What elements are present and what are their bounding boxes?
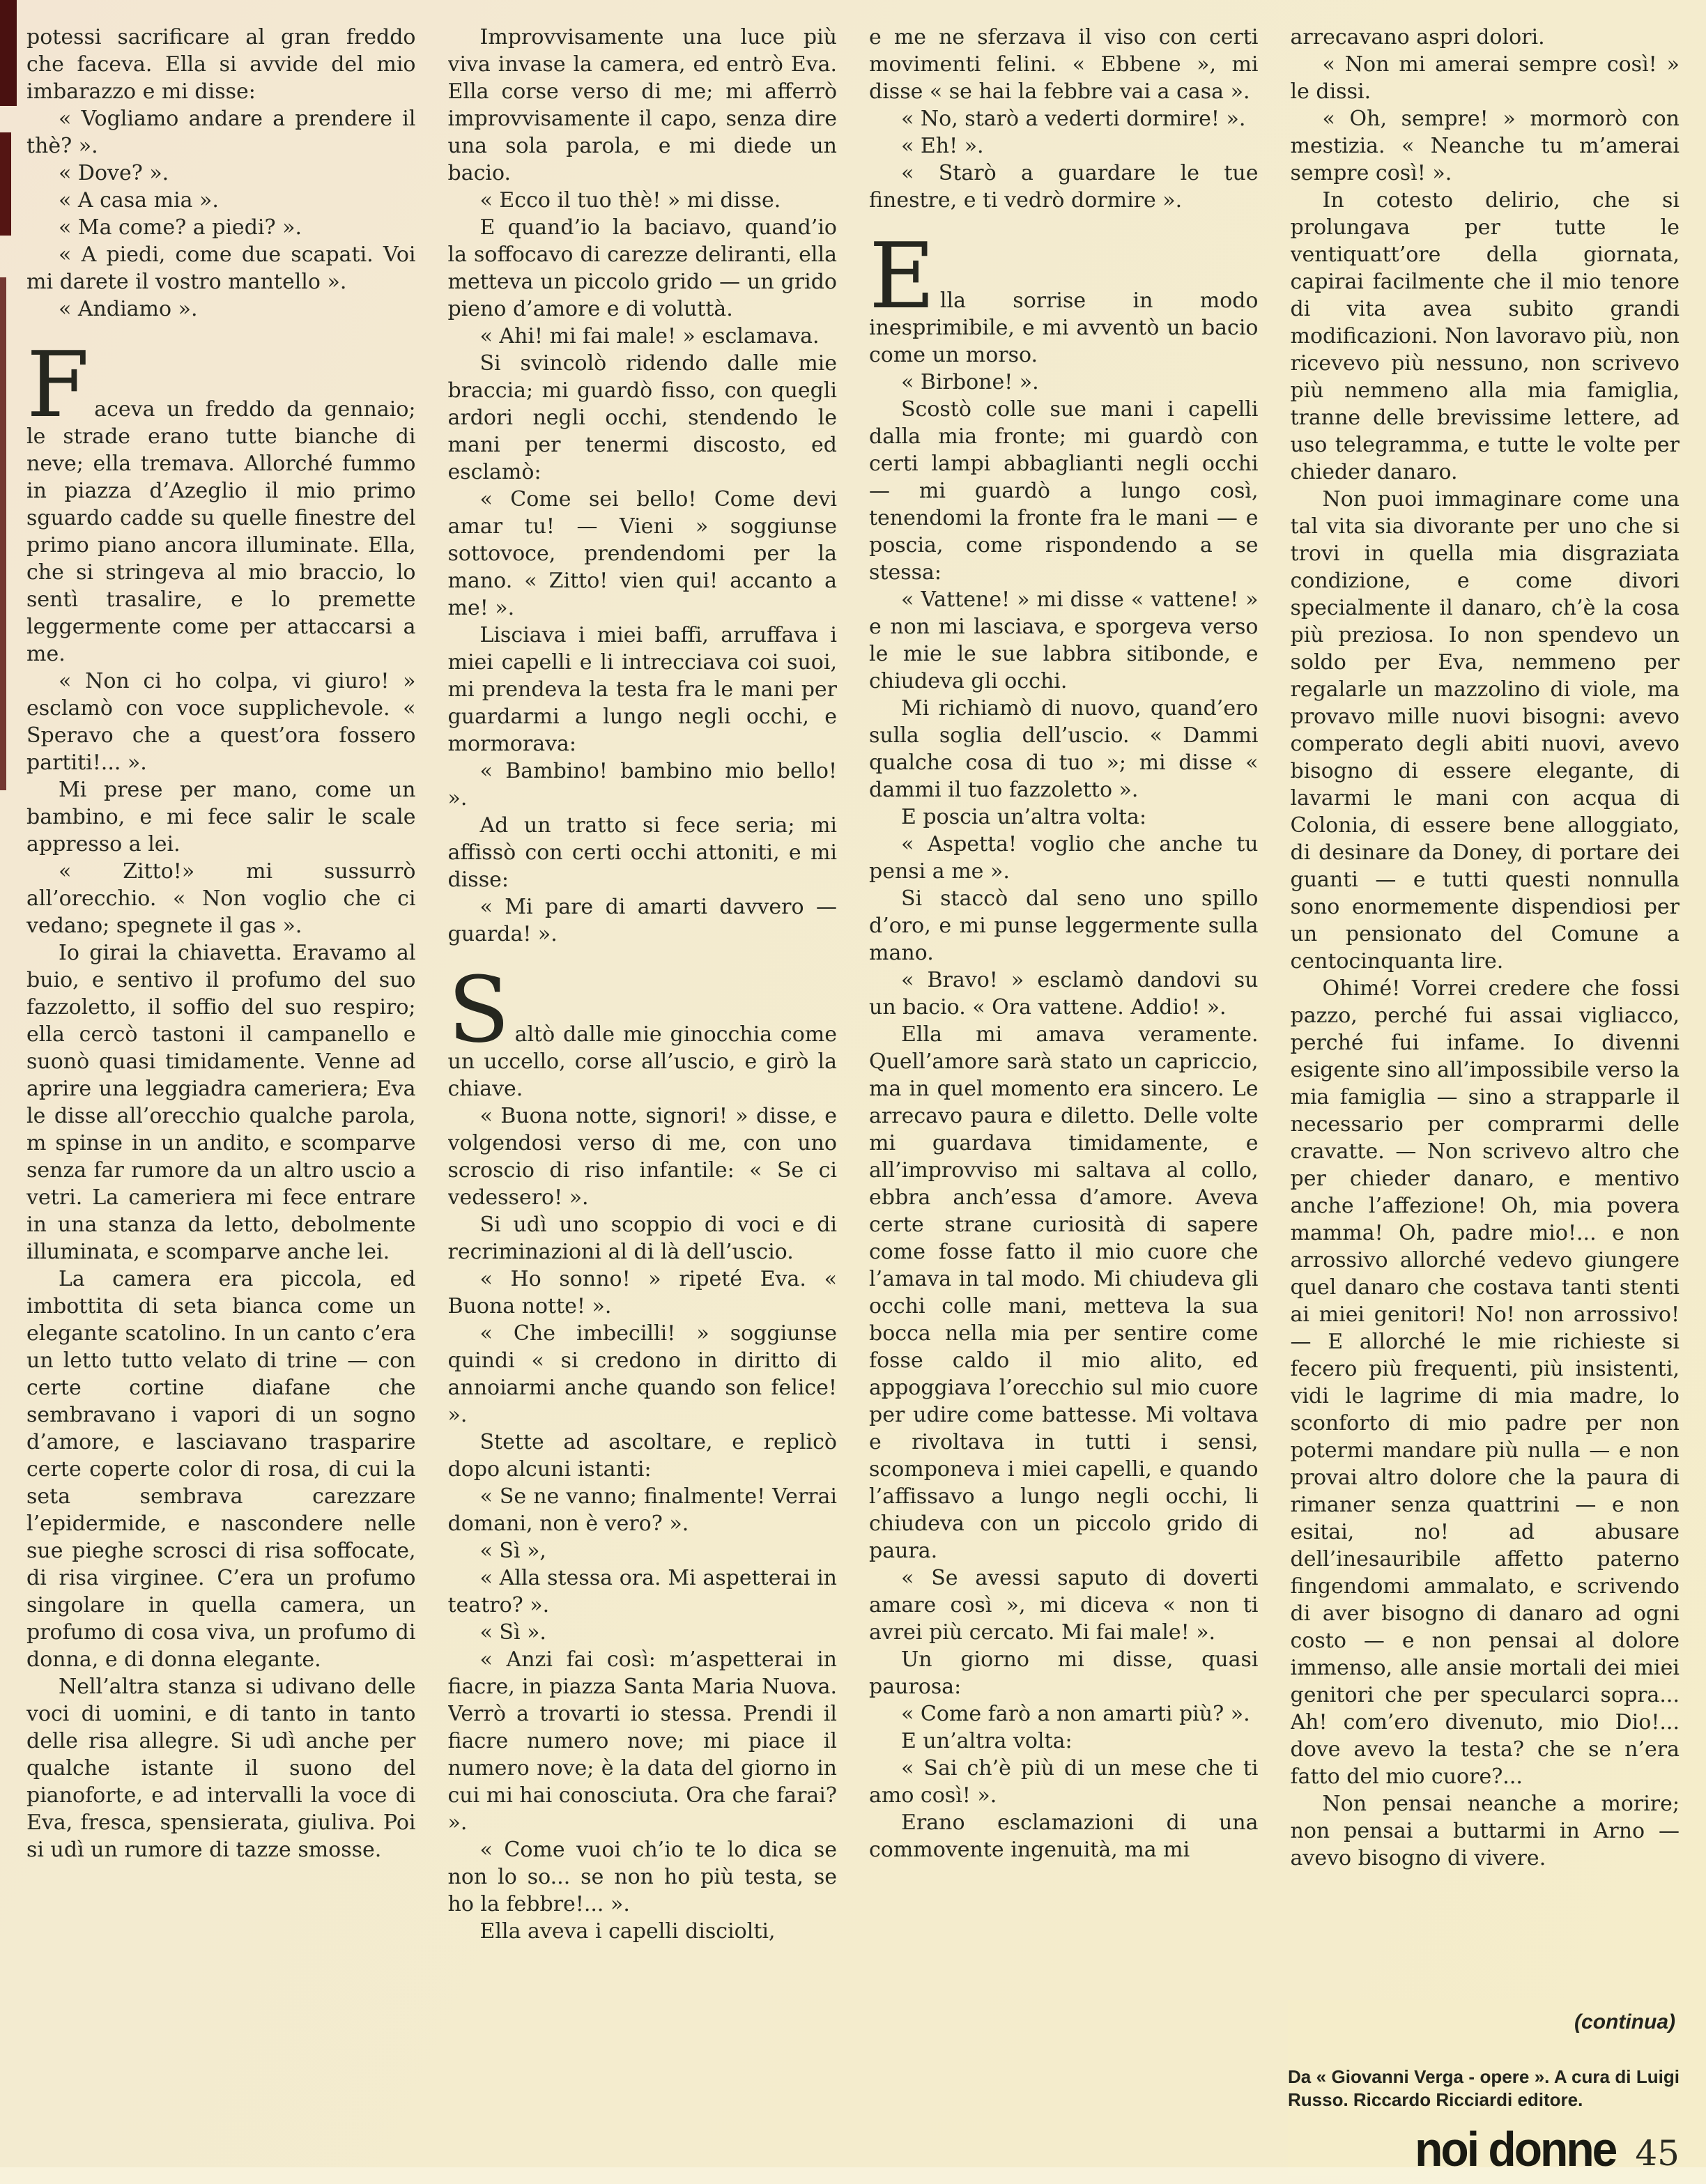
paragraph: Un giorno mi disse, quasi paurosa: [869,1646,1259,1700]
paragraph: Non pensai neanche a morire; non pensai … [1291,1790,1680,1872]
paragraph: « Se avessi saputo di doverti amare così… [869,1564,1259,1646]
paragraph: Lisciava i miei baffi, arruffava i miei … [448,622,838,758]
paragraph: potessi sacrificare al gran freddo che f… [26,24,416,105]
paragraph: « Vattene! » mi disse « vattene! » e non… [869,586,1259,695]
magazine-page: potessi sacrificare al gran freddo che f… [0,0,1706,2184]
paragraph: « Sì », [448,1537,838,1564]
drop-cap: S [448,957,512,1063]
paragraph: « Ma come? a piedi? ». [26,214,416,241]
section-paragraph: Faceva un freddo da gennaio; le strade e… [26,371,416,668]
paragraph: « Alla stessa ora. Mi aspetterai in teat… [448,1564,838,1619]
scan-edge-mark [0,0,17,106]
text-column: e me ne sferzava il viso con certi movim… [869,24,1259,2166]
paragraph: Non puoi immaginare come una tal vita si… [1291,486,1680,975]
paragraph: Stette ad ascoltare, e replicò dopo alcu… [448,1429,838,1483]
section-paragraph: Saltò dalle mie ginocchia come un uccell… [448,997,838,1102]
paragraph: « Non mi amerai sempre così! » le dissi. [1291,51,1680,105]
paragraph: Ella aveva i capelli disciolti, [448,1918,838,1945]
paragraph: « Ahi! mi fai male! » esclamava. [448,323,838,350]
paragraph: « Zitto!» mi sussurrò all’orecchio. « No… [26,858,416,939]
paragraph: « Sì ». [448,1619,838,1646]
source-credit: Da « Giovanni Verga - opere ». A cura di… [1288,2066,1680,2112]
scan-edge-mark [0,277,6,790]
paragraph: Mi prese per mano, come un bambino, e mi… [26,776,416,858]
paragraph: « Bambino! bambino mio bello! ». [448,758,838,812]
paragraph: « Sai ch’è più di un mese che ti amo cos… [869,1755,1259,1809]
paragraph: « A piedi, come due scapati. Voi mi dare… [26,241,416,295]
scan-edge-mark [0,132,11,236]
paragraph: E poscia un’altra volta: [869,803,1259,831]
paragraph: « Aspetta! voglio che anche tu pensi a m… [869,831,1259,885]
paragraph: « Oh, sempre! » mormorò con mestizia. « … [1291,105,1680,187]
paragraph: « Anzi fai così: m’aspetterai in fiacre,… [448,1646,838,1836]
paragraph: « Come farò a non amarti più? ». [869,1700,1259,1728]
paragraph: « Come sei bello! Come devi amar tu! — V… [448,486,838,622]
paragraph: Ella mi amava veramente. Quell’amore sar… [869,1021,1259,1564]
paragraph: Ohimé! Vorrei credere che fossi pazzo, p… [1291,975,1680,1790]
paragraph: e me ne sferzava il viso con certi movim… [869,24,1259,105]
paragraph: Nell’altra stanza si udivano delle voci … [26,1673,416,1863]
drop-cap: F [26,332,91,438]
paragraph: « Dove? ». [26,160,416,187]
column4-footer: (continua) Da « Giovanni Verga - opere »… [1288,2000,1680,2176]
paragraph: Si staccò dal seno uno spillo d’oro, e m… [869,885,1259,967]
paragraph: « A casa mia ». [26,187,416,214]
paragraph: « Come vuoi ch’io te lo dica se non lo s… [448,1836,838,1918]
paragraph: « Bravo! » esclamò dandovi su un bacio. … [869,967,1259,1021]
paragraph: La camera era piccola, ed imbottita di s… [26,1266,416,1673]
paragraph: Erano esclamazioni di una commovente ing… [869,1809,1259,1863]
text-columns: potessi sacrificare al gran freddo che f… [26,24,1680,2166]
paragraph: « Che imbecilli! » soggiunse quindi « si… [448,1320,838,1429]
paragraph: « Ho sonno! » ripeté Eva. « Buona notte!… [448,1266,838,1320]
paragraph: « Starò a guardare le tue finestre, e ti… [869,160,1259,214]
text-column: potessi sacrificare al gran freddo che f… [26,24,416,2166]
paragraph: Improvvisamente una luce più viva invase… [448,24,838,187]
paragraph-text: aceva un freddo da gennaio; le strade er… [26,397,416,666]
paragraph: « No, starò a vederti dormire! ». [869,105,1259,132]
scan-bottom-edge [0,2167,1706,2184]
paragraph: Si udì uno scoppio di voci e di recrimin… [448,1211,838,1266]
text-column: Improvvisamente una luce più viva invase… [448,24,838,2166]
continued-note: (continua) [1288,2010,1680,2035]
text-column: arrecavano aspri dolori.« Non mi amerai … [1291,24,1680,2166]
paragraph: « Se ne vanno; finalmente! Verrai domani… [448,1483,838,1537]
paragraph: « Ecco il tuo thè! » mi disse. [448,187,838,214]
paragraph: Io girai la chiavetta. Eravamo al buio, … [26,939,416,1266]
paragraph: Scostò colle sue mani i capelli dalla mi… [869,396,1259,586]
paragraph: arrecavano aspri dolori. [1291,24,1680,51]
paragraph: « Mi pare di amarti davvero — guarda! ». [448,893,838,948]
paragraph: Ad un tratto si fece seria; mi affissò c… [448,812,838,893]
paragraph: « Vogliamo andare a prendere il thè? ». [26,105,416,160]
paragraph: « Andiamo ». [26,295,416,323]
paragraph: E quand’io la baciavo, quand’io la soffo… [448,214,838,323]
section-paragraph: Ella sorrise in modo inesprimibile, e mi… [869,263,1259,369]
paragraph: « Eh! ». [869,132,1259,160]
paragraph: In cotesto delirio, che si prolungava pe… [1291,187,1680,486]
paragraph: « Birbone! ». [869,369,1259,396]
paragraph: Mi richiamò di nuovo, quand’ero sulla so… [869,695,1259,803]
paragraph: Si svincolò ridendo dalle mie braccia; m… [448,350,838,486]
paragraph: « Buona notte, signori! » disse, e volge… [448,1102,838,1211]
paragraph: « Non ci ho colpa, vi giuro! » esclamò c… [26,668,416,776]
paragraph: E un’altra volta: [869,1728,1259,1755]
drop-cap: E [869,223,937,329]
